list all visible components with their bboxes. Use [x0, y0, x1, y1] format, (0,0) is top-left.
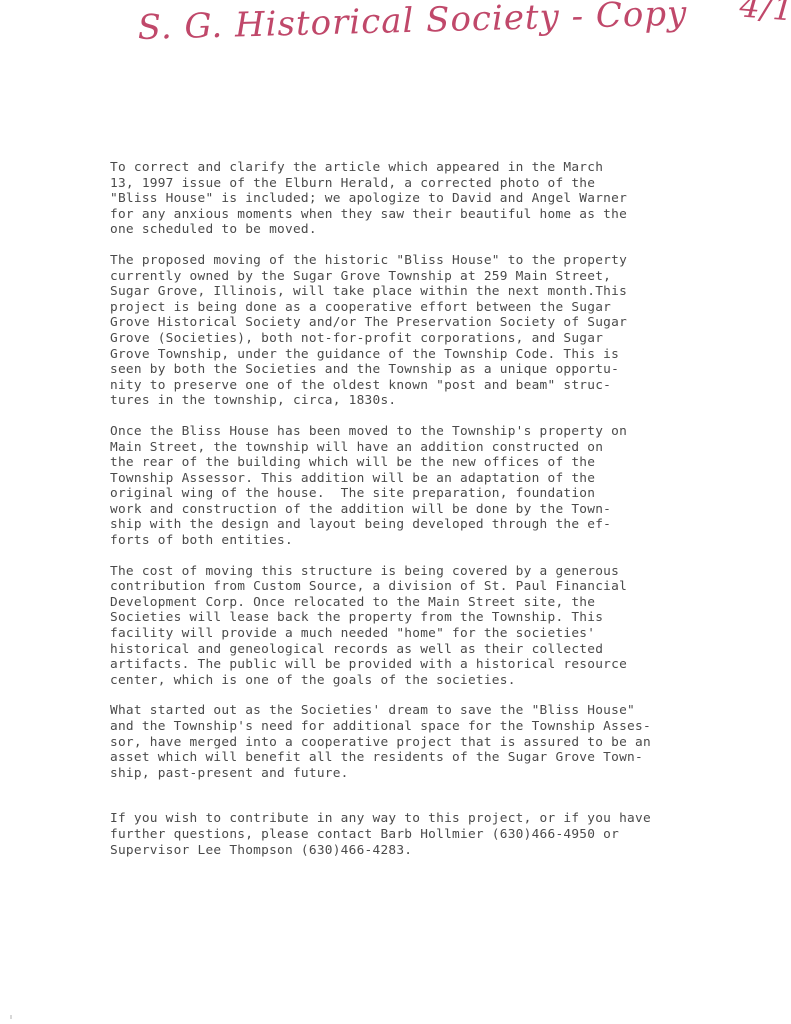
paragraph-contact: If you wish to contribute in any way to …	[110, 811, 770, 858]
paragraph-proposed-moving: The proposed moving of the historic "Bli…	[110, 253, 770, 409]
handwritten-note-text: S. G. Historical Society - Copy	[137, 0, 688, 48]
handwritten-note-date: 4/12/97	[738, 0, 791, 35]
paragraph-addition: Once the Bliss House has been moved to t…	[110, 424, 770, 549]
handwritten-annotation: S. G. Historical Society - Copy 4/12/97	[137, 0, 718, 68]
letter-body: To correct and clarify the article which…	[110, 160, 770, 873]
paragraph-cost: The cost of moving this structure is bei…	[110, 564, 770, 689]
paragraph-correction: To correct and clarify the article which…	[110, 160, 770, 238]
paragraph-summary: What started out as the Societies' dream…	[110, 703, 770, 781]
scan-artifact-mark	[10, 1015, 12, 1019]
